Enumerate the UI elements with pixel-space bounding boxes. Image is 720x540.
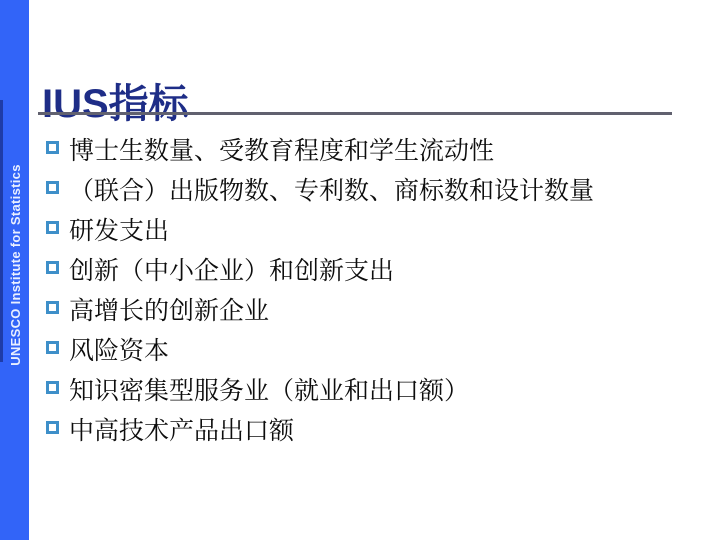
square-bullet-icon: [46, 181, 59, 194]
list-item-text: 风险资本: [69, 332, 169, 372]
list-item: 知识密集型服务业（就业和出口额）: [46, 372, 701, 412]
square-bullet-icon: [46, 421, 59, 434]
slide: UNESCO Institute for Statistics IUS指标 博士…: [0, 0, 720, 540]
list-item-text: 高增长的创新企业: [69, 292, 269, 332]
sidebar-vertical-label: UNESCO Institute for Statistics: [8, 115, 26, 415]
list-item-text: 研发支出: [69, 212, 169, 252]
list-item: 创新（中小企业）和创新支出: [46, 252, 701, 292]
list-item: 高增长的创新企业: [46, 292, 701, 332]
square-bullet-icon: [46, 141, 59, 154]
title-underline-rule: [38, 112, 672, 115]
square-bullet-icon: [46, 341, 59, 354]
list-item-text: 中高技术产品出口额: [69, 412, 294, 452]
bullet-list: 博士生数量、受教育程度和学生流动性 （联合）出版物数、专利数、商标数和设计数量 …: [46, 132, 701, 452]
page-title: IUS指标: [42, 81, 189, 127]
list-item-text: （联合）出版物数、专利数、商标数和设计数量: [69, 172, 594, 212]
list-item: 风险资本: [46, 332, 701, 372]
left-accent-bar-edge: [0, 100, 3, 362]
list-item: 博士生数量、受教育程度和学生流动性: [46, 132, 701, 172]
list-item: 研发支出: [46, 212, 701, 252]
square-bullet-icon: [46, 261, 59, 274]
square-bullet-icon: [46, 301, 59, 314]
square-bullet-icon: [46, 381, 59, 394]
list-item: （联合）出版物数、专利数、商标数和设计数量: [46, 172, 701, 212]
list-item-text: 创新（中小企业）和创新支出: [69, 252, 394, 292]
list-item: 中高技术产品出口额: [46, 412, 701, 452]
square-bullet-icon: [46, 221, 59, 234]
list-item-text: 博士生数量、受教育程度和学生流动性: [69, 132, 494, 172]
left-accent-bar: UNESCO Institute for Statistics: [0, 0, 29, 540]
list-item-text: 知识密集型服务业（就业和出口额）: [69, 372, 469, 412]
